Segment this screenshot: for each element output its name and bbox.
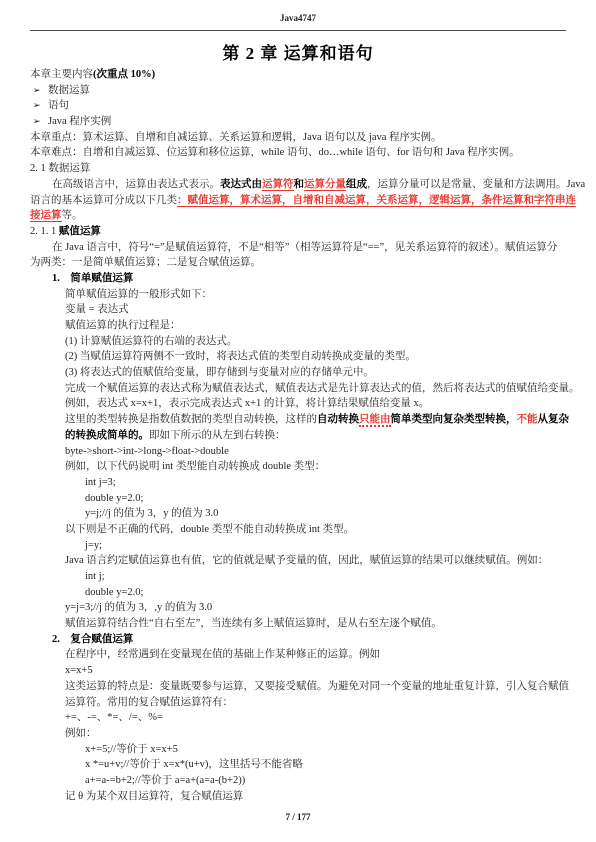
text-segment: (1) 计算赋值运算符的右端的表达式。 (65, 336, 237, 347)
document-line: 例如，以下代码说明 int 类型能自动转换成 double 类型： (65, 459, 566, 475)
document-line: 接运算等。 (30, 208, 566, 224)
text-segment: double y=2.0; (85, 587, 143, 598)
text-segment: 记 θ 为某个双目运算符，复合赋值运算 (65, 791, 243, 802)
document-line: 本章难点：自增和自减运算、位运算和移位运算，while 语句、do…while … (30, 145, 566, 161)
text-segment: 表达式由 (220, 179, 262, 190)
text-segment: 接运算 (30, 210, 62, 222)
text-segment: 等。 (62, 210, 83, 221)
text-segment: 完成一个赋值运算的表达式称为赋值表达式，赋值表达式是先计算表达式的值，然后将表达… (65, 383, 580, 394)
document-line: 变量 = 表达式 (65, 302, 566, 318)
document-line: 赋值运算符结合性“自右至左”，当连续有多上赋值运算时，是从右至左逐个赋值。 (65, 616, 566, 632)
bullet-arrow-icon: ➢ (33, 114, 48, 130)
text-segment: 本章难点：自增和自减运算、位运算和移位运算，while 语句、do…while … (30, 147, 520, 158)
text-segment: 不能 (517, 414, 538, 425)
text-segment: 即如下所示的从左到右转换： (149, 430, 286, 441)
text-segment: int j=3; (85, 477, 116, 488)
document-line: 记 θ 为某个双目运算符，复合赋值运算 (65, 789, 566, 805)
text-segment: +=、-=、*=、/=、%= (65, 712, 163, 723)
document-line: x+=5;//等价于 x=x+5 (85, 742, 566, 758)
text-segment: 只能由 (359, 414, 391, 427)
text-segment: 赋值运算 (59, 226, 101, 237)
text-segment: 2. 复合赋值运算 (52, 634, 133, 645)
text-segment: 简单类型向复杂类型转换， (391, 414, 517, 425)
document-line: (1) 计算赋值运算符的右端的表达式。 (65, 334, 566, 350)
document-line: Java 语言约定赋值运算也有值，它的值就是赋予变量的值，因此，赋值运算的结果可… (65, 553, 566, 569)
document-line: 为两类：一是简单赋值运算；二是复合赋值运算。 (30, 255, 566, 271)
document-line: (2) 当赋值运算符两侧不一致时，将表达式值的类型自动转换成变量的类型。 (65, 349, 566, 365)
bullet-arrow-icon: ➢ (33, 98, 48, 114)
text-segment: 从复杂 (538, 414, 570, 425)
text-segment: 数据运算 (48, 83, 90, 99)
document-line: int j; (85, 569, 566, 585)
document-line: ➢语句 (33, 98, 566, 114)
document-line: x=x+5 (65, 663, 566, 679)
document-line: 简单赋值运算的一般形式如下： (65, 287, 566, 303)
document-line: +=、-=、*=、/=、%= (65, 710, 566, 726)
text-segment: double y=2.0; (85, 493, 143, 504)
text-segment: 例如，表达式 x=x+1，表示完成表达式 x+1 的计算，将计算结果赋值给变量 … (65, 398, 429, 409)
text-segment: ：赋值运算，算术运算，自增和自减运算，关系运算，逻辑运算，条件运算和字符串连 (177, 195, 576, 207)
text-segment: 变量 = 表达式 (65, 304, 129, 315)
text-segment: (3) 将表达式的值赋值给变量，即存储到与变量对应的存储单元中。 (65, 367, 374, 378)
bullet-arrow-icon: ➢ (33, 83, 48, 99)
document-line: 2. 1 数据运算 (30, 161, 566, 177)
text-segment: 运算分量 (304, 179, 346, 191)
text-segment: 简单赋值运算的一般形式如下： (65, 289, 212, 300)
text-segment: int j; (85, 571, 105, 582)
document-line: byte->short->int->long->float->double (65, 444, 566, 460)
document-line: 例如，表达式 x=x+1，表示完成表达式 x+1 的计算，将计算结果赋值给变量 … (65, 396, 566, 412)
text-segment: 1. 简单赋值运算 (52, 273, 133, 284)
text-segment: 例如： (65, 728, 97, 739)
text-segment: 这里的类型转换是指数值数据的类型自动转换，这样的 (65, 414, 317, 425)
text-segment: x *=u+v;//等价于 x=x*(u+v)，这里括号不能省略 (85, 759, 303, 770)
document-line: y=j=3;//j 的值为 3，,y 的值为 3.0 (65, 600, 566, 616)
text-segment: 2. 1. 1 (30, 226, 59, 237)
page-number: 7 / 177 (0, 812, 596, 822)
text-segment: 语句 (48, 98, 69, 114)
text-segment: Java 程序实例 (48, 114, 111, 130)
text-segment: 组成 (346, 179, 367, 190)
text-segment: 例如，以下代码说明 int 类型能自动转换成 double 类型： (65, 461, 325, 472)
text-segment: byte->short->int->long->float->double (65, 446, 229, 457)
document-line: 运算符。常用的复合赋值运算符有： (65, 695, 566, 711)
text-segment: 赋值运算的执行过程是： (65, 320, 181, 331)
text-segment: 语言的基本运算可分成以下几类 (30, 195, 177, 206)
text-segment: 自动转换 (317, 414, 359, 425)
document-line: 以下则是不正确的代码，double 类型不能自动转换成 int 类型。 (65, 522, 566, 538)
document-line: x *=u+v;//等价于 x=x*(u+v)，这里括号不能省略 (85, 757, 566, 773)
document-line: 的转换成简单的。即如下所示的从左到右转换： (65, 428, 566, 444)
document-line: a+=a-=b+2;//等价于 a=a+(a=a-(b+2)) (85, 773, 566, 789)
document-line: double y=2.0; (85, 585, 566, 601)
document-line: 2. 1. 1 赋值运算 (30, 224, 566, 240)
text-segment: 以下则是不正确的代码，double 类型不能自动转换成 int 类型。 (65, 524, 354, 535)
text-segment: y=j;//j 的值为 3，y 的值为 3.0 (85, 508, 218, 519)
document-line: 完成一个赋值运算的表达式称为赋值表达式，赋值表达式是先计算表达式的值，然后将表达… (65, 381, 566, 397)
text-segment: 在 Java 语言中，符号“=”是赋值运算符，不是“相等”（相等运算符是“==”… (52, 242, 557, 253)
chapter-title: 第 2 章 运算和语句 (0, 39, 596, 64)
document-line: 本章重点：算术运算、自增和自减运算、关系运算和逻辑，Java 语句以及 java… (30, 130, 566, 146)
document-line: 语言的基本运算可分成以下几类：赋值运算，算术运算，自增和自减运算，关系运算，逻辑… (30, 193, 566, 209)
document-line: 这里的类型转换是指数值数据的类型自动转换，这样的自动转换只能由简单类型向复杂类型… (65, 412, 566, 428)
document-line: 在程序中，经常遇到在变量现在值的基础上作某种修正的运算。例如 (65, 647, 566, 663)
document-line: 本章主要内容(次重点 10%) (30, 67, 566, 83)
document-line: (3) 将表达式的值赋值给变量，即存储到与变量对应的存储单元中。 (65, 365, 566, 381)
document-line: y=j;//j 的值为 3，y 的值为 3.0 (85, 506, 566, 522)
document-line: 例如： (65, 726, 566, 742)
text-segment: 和 (294, 179, 305, 190)
text-segment: Java 语言约定赋值运算也有值，它的值就是赋予变量的值，因此，赋值运算的结果可… (65, 555, 548, 566)
document-line: 这类运算的特点是：变量既要参与运算，又要接受赋值。为避免对同一个变量的地址重复计… (65, 679, 566, 695)
document-page: Java4747 第 2 章 运算和语句 本章主要内容(次重点 10%)➢数据运… (0, 0, 596, 842)
text-segment: ，运算分量可以是常量、变量和方法调用。Java (367, 179, 585, 190)
document-line: ➢Java 程序实例 (33, 114, 566, 130)
header-brand: Java4747 (280, 13, 316, 23)
document-body: 本章主要内容(次重点 10%)➢数据运算➢语句➢Java 程序实例本章重点：算术… (30, 67, 566, 804)
document-line: 1. 简单赋值运算 (52, 271, 566, 287)
text-segment: 2. 1 数据运算 (30, 163, 90, 174)
document-line: j=y; (85, 538, 566, 554)
document-line: 在高级语言中，运算由表达式表示。表达式由运算符和运算分量组成，运算分量可以是常量… (30, 177, 566, 193)
text-segment: 的转换成简单的。 (65, 430, 149, 441)
document-line: double y=2.0; (85, 491, 566, 507)
text-segment: 在高级语言中，运算由表达式表示。 (52, 179, 220, 190)
text-segment: 这类运算的特点是：变量既要参与运算，又要接受赋值。为避免对同一个变量的地址重复计… (65, 681, 569, 692)
document-line: 在 Java 语言中，符号“=”是赋值运算符，不是“相等”（相等运算符是“==”… (30, 240, 566, 256)
text-segment: 本章重点：算术运算、自增和自减运算、关系运算和逻辑，Java 语句以及 java… (30, 132, 442, 143)
text-segment: x+=5;//等价于 x=x+5 (85, 744, 178, 755)
text-segment: 运算符 (262, 179, 294, 191)
text-segment: 运算符。常用的复合赋值运算符有： (65, 697, 233, 708)
text-segment: 为两类：一是简单赋值运算；二是复合赋值运算。 (30, 257, 261, 268)
text-segment: (次重点 10%) (93, 69, 155, 80)
text-segment: y=j=3;//j 的值为 3，,y 的值为 3.0 (65, 602, 212, 613)
text-segment: j=y; (85, 540, 102, 551)
header-divider (30, 30, 566, 31)
text-segment: 本章主要内容 (30, 69, 93, 80)
text-segment: (2) 当赋值运算符两侧不一致时，将表达式值的类型自动转换成变量的类型。 (65, 351, 416, 362)
text-segment: 赋值运算符结合性“自右至左”，当连续有多上赋值运算时，是从右至左逐个赋值。 (65, 618, 442, 629)
document-line: 2. 复合赋值运算 (52, 632, 566, 648)
page-header: Java4747 (0, 13, 596, 23)
document-line: 赋值运算的执行过程是： (65, 318, 566, 334)
text-segment: a+=a-=b+2;//等价于 a=a+(a=a-(b+2)) (85, 775, 245, 786)
document-line: ➢数据运算 (33, 83, 566, 99)
document-line: int j=3; (85, 475, 566, 491)
text-segment: x=x+5 (65, 665, 93, 676)
text-segment: 在程序中，经常遇到在变量现在值的基础上作某种修正的运算。例如 (65, 649, 380, 660)
